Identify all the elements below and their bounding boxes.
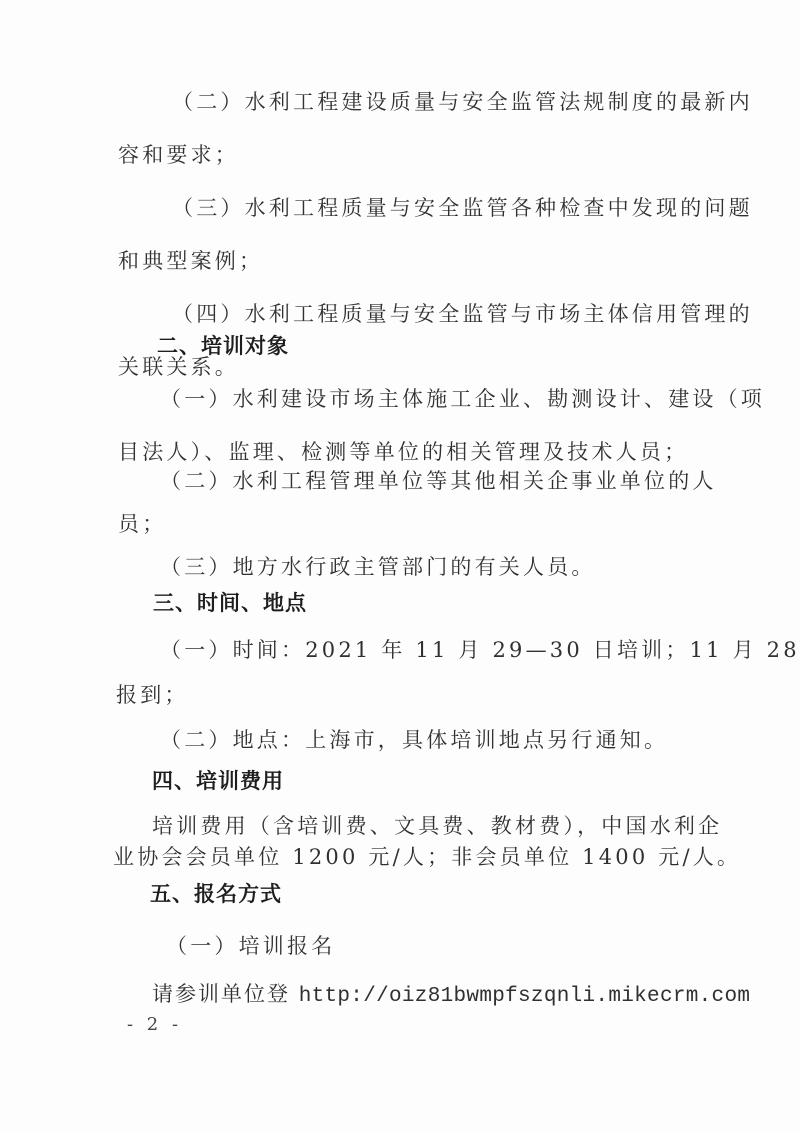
registration-prefix: 请参训单位登	[152, 982, 299, 1006]
paragraph-line: 培训费用（含培训费、文具费、教材费），中国水利企	[152, 812, 722, 840]
paragraph-line: （三）水利工程质量与安全监管各种检查中发现的问题	[172, 194, 753, 222]
paragraph-line: （四）水利工程质量与安全监管与市场主体信用管理的	[172, 300, 753, 328]
paragraph-line: （二）水利工程管理单位等其他相关企事业单位的人	[160, 467, 717, 495]
paragraph-line: （二）地点：上海市，具体培训地点另行通知。	[160, 726, 668, 754]
registration-line: 请参训单位登 http://oiz81bwmpfszqnli.mikecrm.c…	[152, 980, 750, 1011]
subsection-heading: （一）培训报名	[166, 932, 335, 960]
section-heading-3: 三、时间、地点	[153, 589, 307, 617]
registration-url-link[interactable]: http://oiz81bwmpfszqnli.mikecrm.com	[299, 985, 751, 1008]
paragraph-line: 报到；	[116, 681, 189, 709]
paragraph-line: 员；	[118, 510, 166, 538]
paragraph-line: 目法人）、监理、检测等单位的相关管理及技术人员；	[118, 438, 688, 466]
paragraph-line: 业协会会员单位 1200 元/人；非会员单位 1400 元/人。	[113, 843, 741, 871]
paragraph-line: （一）水利建设市场主体施工企业、勘测设计、建设（项	[160, 385, 765, 413]
paragraph-line: 和典型案例；	[118, 247, 263, 275]
paragraph-line: 容和要求；	[118, 141, 239, 169]
section-heading-4: 四、培训费用	[152, 767, 284, 795]
paragraph-line: （二）水利工程建设质量与安全监管法规制度的最新内	[172, 88, 753, 116]
paragraph-line: （一）时间：2021 年 11 月 29—30 日培训；11 月 28 日	[160, 636, 800, 664]
section-heading-2: 二、培训对象	[157, 332, 289, 360]
paragraph-line: （三）地方水行政主管部门的有关人员。	[160, 553, 596, 581]
page-number: - 2 -	[127, 1014, 182, 1035]
section-heading-5: 五、报名方式	[150, 880, 282, 908]
document-page: （二）水利工程建设质量与安全监管法规制度的最新内 容和要求； （三）水利工程质量…	[0, 0, 800, 1132]
